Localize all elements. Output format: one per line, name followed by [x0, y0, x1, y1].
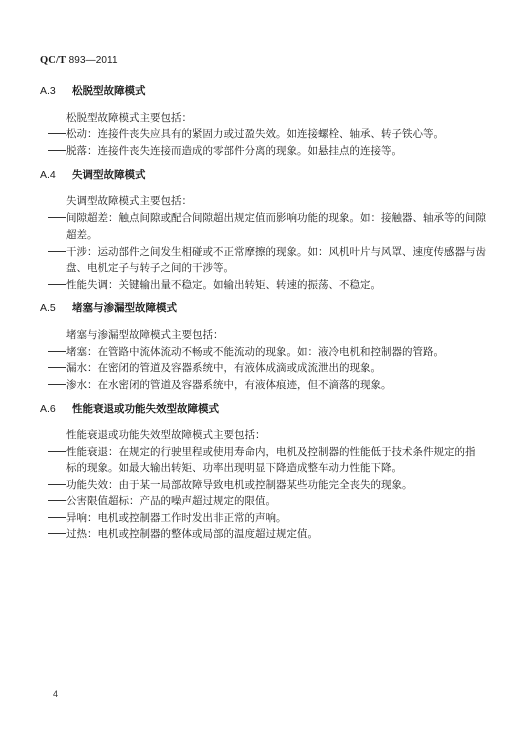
section-number: A.6: [40, 403, 72, 415]
list-item: 渗水：在水密闭的管道及容器系统中，有液体痕迹，但不滴落的现象。: [48, 377, 392, 392]
em-dash: [48, 517, 66, 518]
em-dash: [48, 351, 66, 352]
em-dash: [48, 484, 66, 485]
list-item: 异响：电机或控制器工作时发出非正常的声响。: [48, 510, 287, 525]
section-number: A.3: [40, 85, 72, 97]
section-intro: 松脱型故障模式主要包括：: [66, 110, 192, 125]
list-item: 公害限值超标：产品的噪声超过规定的限值。: [48, 493, 276, 508]
list-item: 性能失调：关键输出量不稳定。如输出转矩、转速的振荡、不稳定。: [48, 277, 381, 292]
list-item: 过热：电机或控制器的整体或局部的温度超过规定值。: [48, 526, 318, 541]
em-dash: [48, 367, 66, 368]
em-dash: [48, 533, 66, 534]
section-title: 堵塞与渗漏型故障模式: [72, 302, 177, 314]
list-item: 间隙超差：触点间隙或配合间隙超出规定值而影响功能的现象。如：接触器、轴承等的间隙: [48, 210, 486, 225]
standard-prefix: QC/T: [40, 55, 66, 66]
em-dash: [48, 500, 66, 501]
section-number: A.5: [40, 302, 72, 314]
list-item: 脱落：连接件丧失连接而造成的零部件分离的现象。如悬挂点的连接等。: [48, 143, 402, 158]
em-dash: [48, 284, 66, 285]
list-item: 漏水：在密闭的管道及容器系统中，有液体成滴或成流泄出的现象。: [48, 360, 381, 375]
em-dash: [48, 150, 66, 151]
list-item-continuation: 超差。: [66, 227, 98, 242]
section-number: A.4: [40, 169, 72, 181]
em-dash: [48, 133, 66, 134]
section-heading-a6: A.6性能衰退或功能失效型故障模式: [40, 401, 219, 416]
section-intro: 性能衰退或功能失效型故障模式主要包括：: [66, 427, 266, 442]
section-intro: 堵塞与渗漏型故障模式主要包括：: [66, 327, 224, 342]
list-item: 堵塞：在管路中流体流动不畅或不能流动的现象。如：液冷电机和控制器的管路。: [48, 344, 444, 359]
list-item: 性能衰退：在规定的行驶里程或使用寿命内，电机及控制器的性能低于技术条件规定的指: [48, 444, 476, 459]
page-number: 4: [53, 689, 58, 699]
section-title: 性能衰退或功能失效型故障模式: [72, 403, 219, 415]
em-dash: [48, 384, 66, 385]
section-title: 松脱型故障模式: [72, 85, 146, 97]
section-heading-a4: A.4失调型故障模式: [40, 167, 146, 182]
list-item-continuation: 盘、电机定子与转子之间的干涉等。: [66, 260, 234, 275]
list-item-continuation: 标的现象。如最大输出转矩、功率出现明显下降造成整车动力性能下降。: [66, 460, 402, 475]
em-dash: [48, 451, 66, 452]
em-dash: [48, 251, 66, 252]
section-intro: 失调型故障模式主要包括：: [66, 193, 192, 208]
em-dash: [48, 217, 66, 218]
section-title: 失调型故障模式: [72, 169, 146, 181]
list-item: 功能失效：由于某一局部故障导致电机或控制器某些功能完全丧失的现象。: [48, 477, 413, 492]
standard-number: 893—2011: [69, 55, 118, 66]
standard-code: QC/T 893—2011: [40, 55, 118, 66]
list-item: 松动：连接件丧失应具有的紧固力或过盈失效。如连接螺栓、轴承、转子铁心等。: [48, 126, 444, 141]
section-heading-a5: A.5堵塞与渗漏型故障模式: [40, 300, 177, 315]
section-heading-a3: A.3松脱型故障模式: [40, 83, 146, 98]
list-item: 干涉：运动部件之间发生相碰或不正常摩擦的现象。如：风机叶片与风罩、速度传感器与齿: [48, 244, 486, 259]
